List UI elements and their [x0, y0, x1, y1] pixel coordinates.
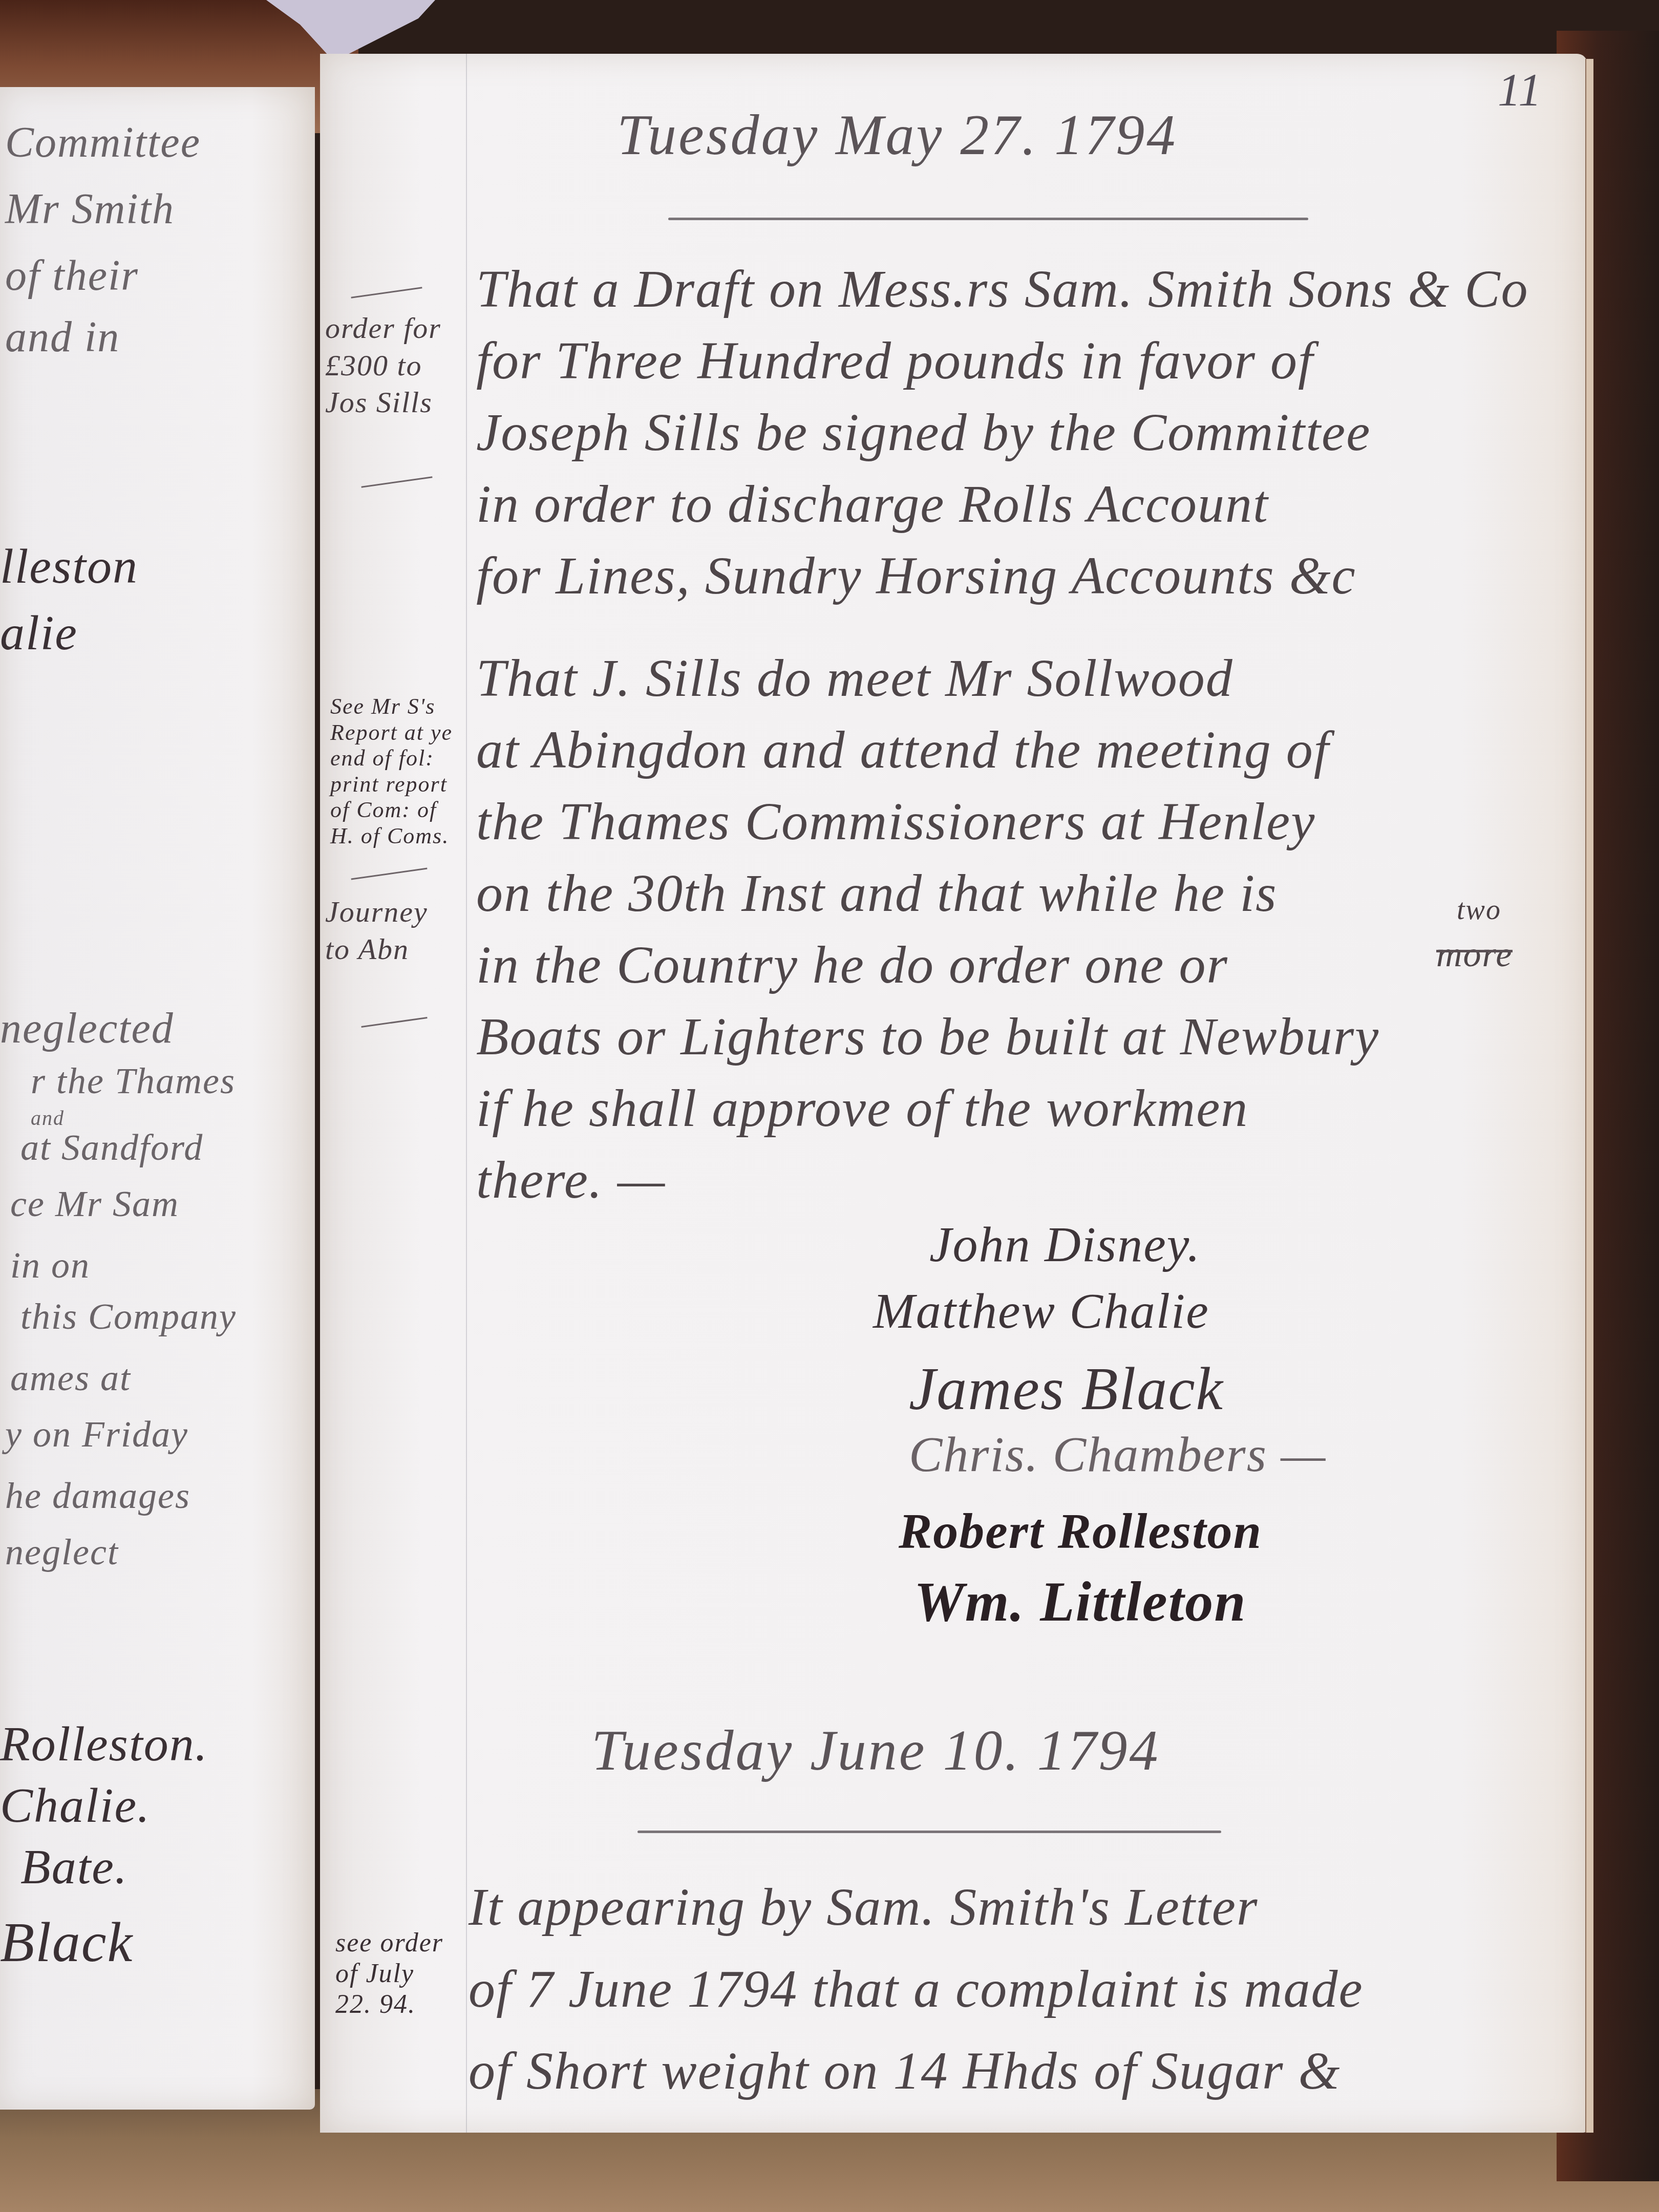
minute-line: there. — — [476, 1150, 666, 1210]
minute-line: if he shall approve of the workmen — [476, 1078, 1248, 1139]
minute-line: That J. Sills do meet Mr Sollwood — [476, 648, 1233, 709]
left-fragment: lleston — [0, 538, 138, 594]
left-fragment: Mr Smith — [5, 184, 175, 234]
left-signature-fragment: Rolleston. — [0, 1715, 208, 1772]
signature: Matthew Chalie — [873, 1283, 1209, 1340]
minute-line: for Three Hundred pounds in favor of — [476, 330, 1314, 391]
left-fragment: neglect — [5, 1531, 119, 1573]
left-signature-fragment: Chalie. — [0, 1777, 151, 1834]
minute-line: in order to discharge Rolls Account — [476, 474, 1269, 535]
signature: John Disney. — [929, 1216, 1201, 1273]
page-number: 11 — [1498, 64, 1542, 117]
left-fragment: he damages — [5, 1475, 190, 1517]
minute-line: Boats or Lighters to be built at Newbury — [476, 1006, 1379, 1067]
signature: James Black — [909, 1354, 1224, 1424]
left-fragment: neglected — [0, 1004, 174, 1053]
minute-line: Joseph Sills be signed by the Committee — [476, 402, 1371, 463]
left-fragment: of their — [5, 251, 139, 301]
left-fragment: r the Thames — [31, 1060, 236, 1102]
minute-line: in the Country he do order one or — [476, 934, 1228, 995]
minute-line: of Short weight on 14 Hhds of Sugar & — [469, 2040, 1341, 2101]
left-signature-fragment: Bate. — [20, 1838, 128, 1895]
margin-note-journey: Journey to Abn — [325, 894, 458, 968]
left-fragment: ce Mr Sam — [10, 1183, 179, 1225]
page-edge — [1585, 59, 1593, 2133]
heading-underline — [668, 218, 1308, 220]
entry-date-heading: Tuesday May 27. 1794 — [617, 102, 1177, 168]
minute-line: It appearing by Sam. Smith's Letter — [469, 1877, 1258, 1938]
minute-line: at Abingdon and attend the meeting of — [476, 719, 1330, 780]
right-page: 11 Tuesday May 27. 1794 order for £300 t… — [320, 54, 1587, 2133]
left-fragment: Committee — [5, 118, 201, 167]
margin-dash — [361, 1017, 427, 1028]
margin-dash — [351, 287, 422, 298]
left-fragment: y on Friday — [5, 1413, 188, 1456]
left-fragment: this Company — [20, 1295, 237, 1338]
entry-date-heading: Tuesday June 10. 1794 — [591, 1718, 1160, 1784]
margin-dash — [361, 476, 432, 487]
left-page: Committee Mr Smith of their and in llest… — [0, 87, 315, 2110]
signature: Wm. Littleton — [914, 1569, 1246, 1634]
margin-dash — [351, 868, 428, 880]
margin-note-see-order: see order of July 22. 94. — [335, 1928, 458, 2019]
left-fragment: in on — [10, 1244, 90, 1287]
left-signature-fragment: Black — [0, 1910, 133, 1975]
left-fragment: and in — [5, 312, 120, 362]
minute-line: on the 30th Inst and that while he is — [476, 863, 1278, 924]
minute-line: the Thames Commissioners at Henley — [476, 791, 1315, 852]
left-fragment: ames at — [10, 1357, 131, 1399]
struck-word: more — [1436, 920, 1513, 974]
margin-note-see-report: See Mr S's Report at ye end of fol: prin… — [330, 694, 458, 849]
minute-line: of 7 June 1794 that a complaint is made — [469, 1959, 1364, 2019]
signature: Chris. Chambers — — [909, 1426, 1326, 1483]
signature: Robert Rolleston — [899, 1503, 1262, 1560]
minute-line: for Lines, Sundry Horsing Accounts &c — [476, 545, 1356, 606]
left-fragment: alie — [0, 604, 78, 661]
margin-note-order: order for £300 to Jos Sills — [325, 310, 463, 421]
margin-rule — [466, 54, 467, 2133]
minute-line: That a Draft on Mess.rs Sam. Smith Sons … — [476, 259, 1529, 320]
heading-underline — [637, 1831, 1221, 1833]
left-fragment: at Sandford — [20, 1126, 203, 1169]
